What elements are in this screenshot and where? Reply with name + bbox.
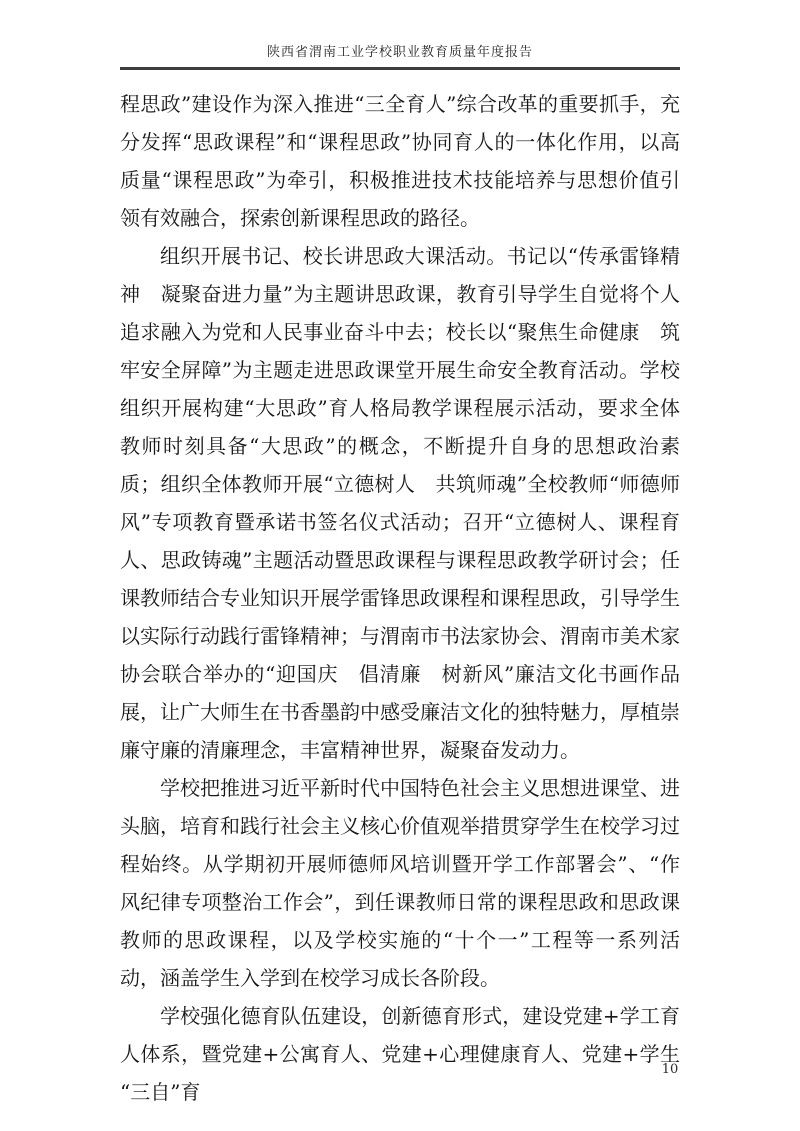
- document-page: 陕西省渭南工业学校职业教育质量年度报告 程思政”建设作为深入推进“三全育人”综合…: [0, 0, 800, 1131]
- header-title: 陕西省渭南工业学校职业教育质量年度报告: [0, 44, 800, 62]
- page-header: 陕西省渭南工业学校职业教育质量年度报告: [0, 0, 800, 70]
- body-paragraph: 学校强化德育队伍建设，创新德育形式，建设党建+学工育人体系，暨党建+公寓育人、党…: [120, 997, 680, 1111]
- body-paragraph: 程思政”建设作为深入推进“三全育人”综合改革的重要抓手，充分发挥“思政课程”和“…: [120, 85, 680, 237]
- page-number: 10: [645, 1062, 695, 1077]
- document-body: 程思政”建设作为深入推进“三全育人”综合改革的重要抓手，充分发挥“思政课程”和“…: [120, 85, 680, 1111]
- body-paragraph: 学校把推进习近平新时代中国特色社会主义思想进课堂、进头脑，培育和践行社会主义核心…: [120, 769, 680, 997]
- header-double-rule: [120, 67, 680, 70]
- body-paragraph: 组织开展书记、校长讲思政大课活动。书记以“传承雷锋精神 凝聚奋进力量”为主题讲思…: [120, 237, 680, 769]
